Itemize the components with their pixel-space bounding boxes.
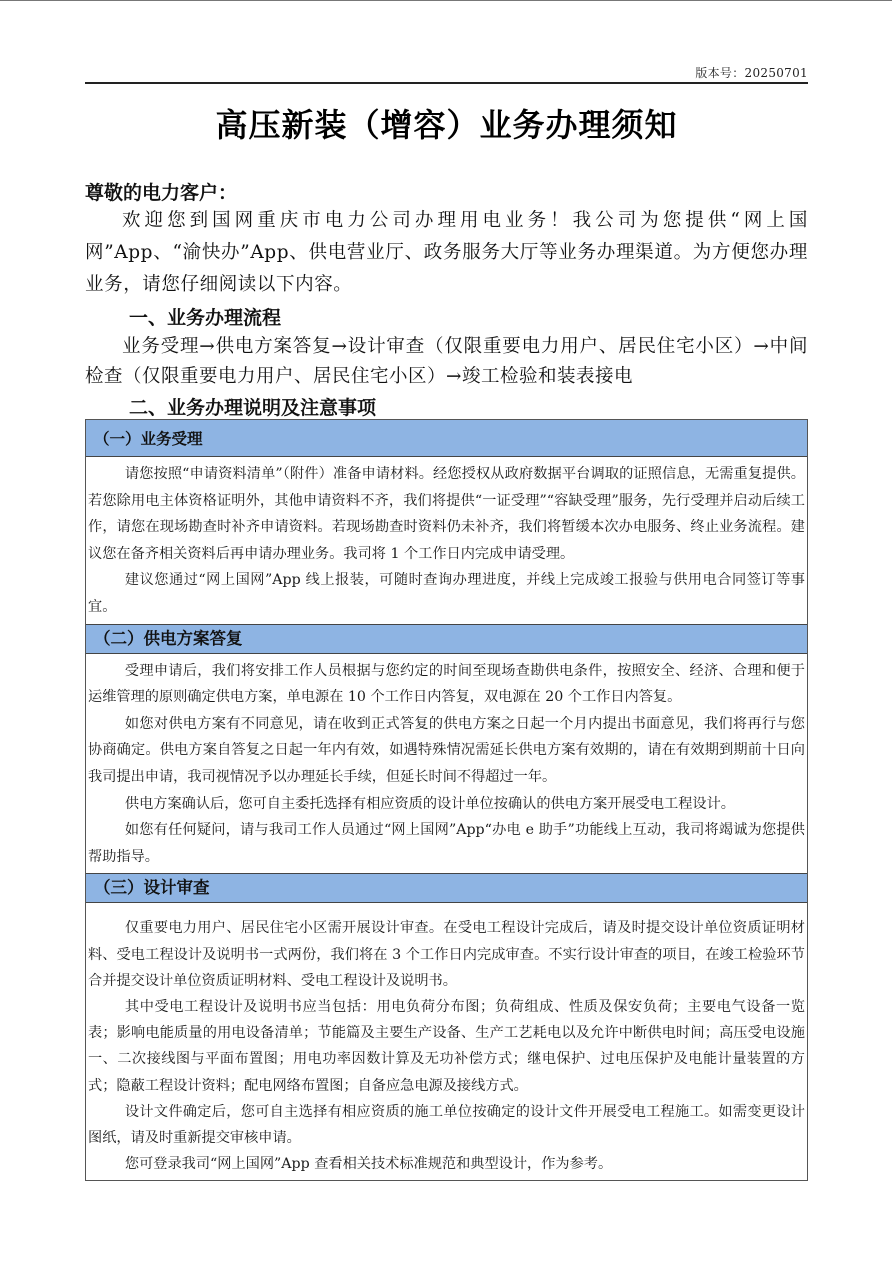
- paragraph: 如您有任何疑问，请与我司工作人员通过“网上国网”App“办电 e 助手”功能线上…: [88, 817, 805, 870]
- paragraph: 供电方案确认后，您可自主委托选择有相应资质的设计单位按确认的供电方案开展受电工程…: [88, 791, 805, 818]
- subsection-body-design-review: 仅重要电力用户、居民住宅小区需开展设计审查。在受电工程设计完成后，请及时提交设计…: [86, 903, 807, 1180]
- header-rule: [85, 82, 808, 84]
- subsection-header-acceptance: （一）业务受理: [86, 420, 807, 457]
- subsection-body-acceptance: 请您按照“申请资料清单”（附件）准备申请材料。经您授权从政府数据平台调取的证照信…: [86, 457, 807, 624]
- page-top-edge: [0, 0, 892, 1]
- paragraph: 如您对供电方案有不同意见，请在收到正式答复的供电方案之日起一个月内提出书面意见，…: [88, 711, 805, 791]
- notice-table: （一）业务受理 请您按照“申请资料清单”（附件）准备申请材料。经您授权从政府数据…: [85, 419, 808, 1181]
- version-number: 版本号：20250701: [695, 64, 808, 81]
- process-flow: 业务受理→供电方案答复→设计审查（仅限重要电力用户、居民住宅小区）→中间检查（仅…: [85, 332, 808, 392]
- paragraph: 受理申请后，我们将安排工作人员根据与您约定的时间至现场查勘供电条件，按照安全、经…: [88, 658, 805, 711]
- subsection-header-supply-plan: （二）供电方案答复: [86, 624, 807, 654]
- paragraph: 您可登录我司“网上国网”App 查看相关技术标准规范和典型设计，作为参考。: [88, 1151, 805, 1177]
- paragraph: 建议您通过“网上国网”App 线上报装，可随时查询办理进度，并线上完成竣工报验与…: [88, 567, 805, 620]
- section-heading-notes: 二、业务办理说明及注意事项: [129, 393, 376, 420]
- paragraph: 其中受电工程设计及说明书应当包括：用电负荷分布图；负荷组成、性质及保安负荷；主要…: [88, 994, 805, 1099]
- subsection-body-supply-plan: 受理申请后，我们将安排工作人员根据与您约定的时间至现场查勘供电条件，按照安全、经…: [86, 654, 807, 874]
- section-heading-process: 一、业务办理流程: [129, 303, 281, 330]
- document-title: 高压新装（增容）业务办理须知: [85, 100, 808, 146]
- intro-paragraph: 欢迎您到国网重庆市电力公司办理用电业务！我公司为您提供“网上国网”App、“渝快…: [85, 205, 808, 301]
- subsection-header-design-review: （三）设计审查: [86, 873, 807, 903]
- paragraph: 请您按照“申请资料清单”（附件）准备申请材料。经您授权从政府数据平台调取的证照信…: [88, 461, 805, 567]
- salutation: 尊敬的电力客户：: [85, 178, 237, 205]
- paragraph: 设计文件确定后，您可自主选择有相应资质的施工单位按确定的设计文件开展受电工程施工…: [88, 1099, 805, 1151]
- paragraph: 仅重要电力用户、居民住宅小区需开展设计审查。在受电工程设计完成后，请及时提交设计…: [88, 915, 805, 994]
